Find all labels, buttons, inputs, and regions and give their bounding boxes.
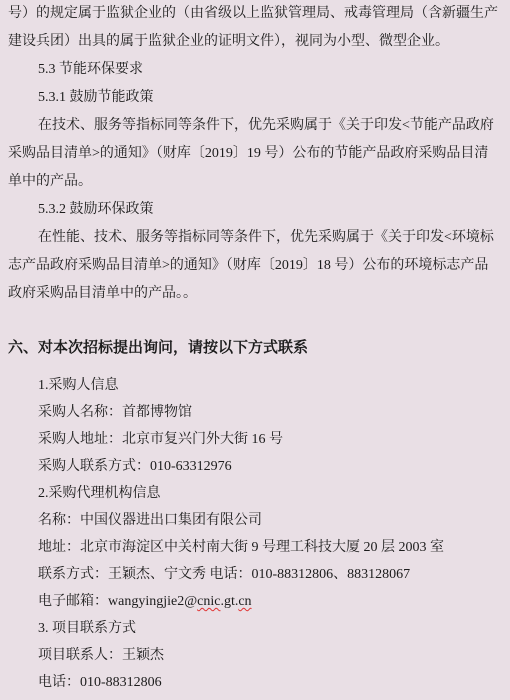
email-label: 电子邮箱： [38, 594, 108, 609]
agency-name: 名称：中国仪器进出口集团有限公司 [8, 507, 502, 534]
email-address: wangyingjie2@cnic.gt.cn [108, 594, 252, 609]
env-para-line-2: 志产品政府采购品目清单>的通知》（财库〔2019〕18 号）公布的环境标志产品 [8, 252, 502, 280]
section-six-heading: 六、对本次招标提出询问，请按以下方式联系 [8, 338, 502, 358]
email-part-cn-misspell: cn [238, 594, 251, 609]
env-para-line-1: 在性能、技术、服务等指标同等条件下，优先采购属于《关于印发<环境标 [8, 224, 502, 252]
energy-para-line-1: 在技术、服务等指标同等条件下，优先采购属于《关于印发<节能产品政府 [8, 112, 502, 140]
heading-5-3-2: 5.3.2 鼓励环保政策 [8, 196, 502, 224]
agency-email-line: 电子邮箱：wangyingjie2@cnic.gt.cn [8, 588, 502, 615]
agency-info-title: 2.采购代理机构信息 [8, 480, 502, 507]
heading-5-3-1: 5.3.1 鼓励节能政策 [8, 84, 502, 112]
purchaser-name: 采购人名称：首都博物馆 [8, 399, 502, 426]
heading-5-3: 5.3 节能环保要求 [8, 56, 502, 84]
project-contact-phone: 电话：010-88312806 [8, 669, 502, 696]
purchaser-phone: 采购人联系方式：010-63312976 [8, 453, 502, 480]
email-part-gt: .gt. [220, 594, 238, 609]
purchaser-address: 采购人地址：北京市复兴门外大街 16 号 [8, 426, 502, 453]
agency-address: 地址：北京市海淀区中关村南大街 9 号理工科技大厦 20 层 2003 室 [8, 534, 502, 561]
prison-clause-line-1: 号）的规定属于监狱企业的（由省级以上监狱管理局、戒毒管理局（含新疆生产 [8, 0, 502, 28]
agency-contact-persons: 联系方式：王颖杰、宁文秀 电话：010-88312806、883128067 [8, 561, 502, 588]
project-contact-person: 项目联系人：王颖杰 [8, 642, 502, 669]
project-contact-title: 3. 项目联系方式 [8, 615, 502, 642]
email-part-user: wangyingjie2@ [108, 594, 197, 609]
purchaser-info-title: 1.采购人信息 [8, 372, 502, 399]
document-page: 号）的规定属于监狱企业的（由省级以上监狱管理局、戒毒管理局（含新疆生产 建设兵团… [0, 0, 510, 700]
prison-clause-line-2: 建设兵团）出具的属于监狱企业的证明文件），视同为小型、微型企业。 [8, 28, 502, 56]
email-part-cnic-misspell: cnic [197, 594, 220, 609]
energy-para-line-3: 单中的产品。 [8, 168, 502, 196]
env-para-line-3: 政府采购品目清单中的产品。。 [8, 280, 502, 308]
energy-para-line-2: 采购品目清单>的通知》（财库〔2019〕19 号）公布的节能产品政府采购品目清 [8, 140, 502, 168]
